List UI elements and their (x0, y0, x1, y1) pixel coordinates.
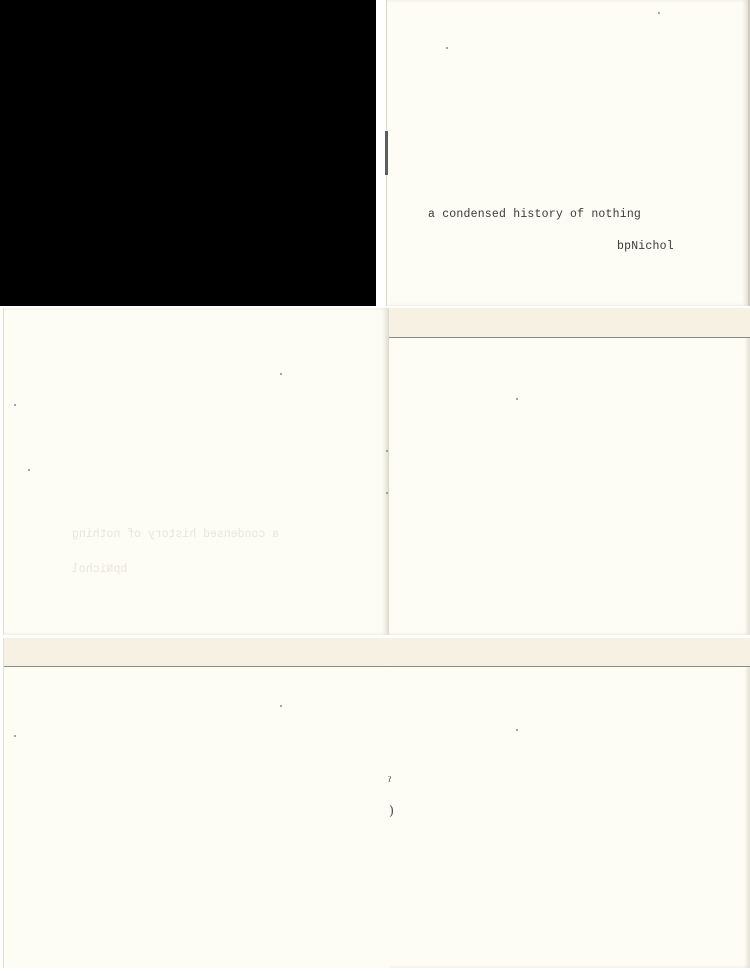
paper-speck (658, 12, 660, 14)
front-cover (386, 0, 750, 306)
paper-speck (446, 47, 448, 49)
inside-page-left-1 (3, 308, 388, 635)
empty-area (0, 0, 376, 306)
paper-speck (516, 398, 518, 400)
paper-speck (386, 492, 388, 494)
staple (385, 131, 388, 175)
paper-speck (28, 469, 30, 471)
cover-author: bpNichol (617, 240, 674, 253)
staple-mark-upper: ˀ (388, 775, 392, 790)
page-flap-edge (390, 638, 750, 667)
paper-speck (14, 404, 16, 406)
inside-page-left-2 (3, 638, 390, 968)
paper-speck (14, 735, 16, 737)
show-through-author: bpNichol (72, 563, 127, 576)
inside-page-right-2 (390, 638, 750, 968)
paper-speck (516, 729, 518, 731)
cover-title: a condensed history of nothing (428, 208, 641, 221)
paper-speck (386, 450, 388, 452)
page-flap-edge (389, 308, 750, 338)
inside-page-right-1 (388, 308, 750, 635)
page-flap-edge (4, 638, 390, 667)
paper-speck (280, 705, 282, 707)
staple-mark-lower: ) (389, 804, 394, 819)
show-through-title: a condensed history of nothing (72, 528, 279, 541)
paper-speck (280, 373, 282, 375)
